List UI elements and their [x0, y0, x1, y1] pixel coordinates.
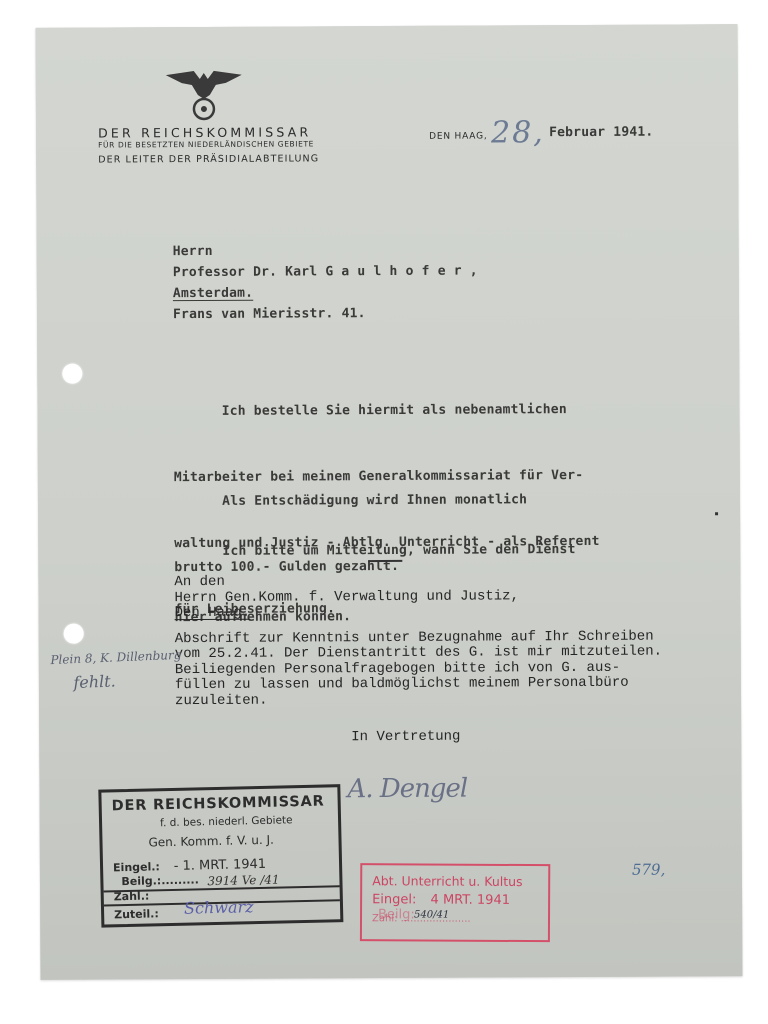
file-number-handwritten: 579,: [632, 861, 666, 879]
recipient-salutation: Herrn: [173, 240, 478, 263]
recipient-street: Frans van Mierisstr. 41.: [173, 303, 478, 326]
zuteil-value-handwritten: Schwarz: [184, 897, 254, 918]
received-stamp-black: DER REICHSKOMMISSAR f. d. bes. niederl. …: [98, 784, 343, 927]
copy-note-line: füllen zu lassen und baldmöglichst meine…: [175, 676, 662, 694]
ink-dot: [715, 512, 718, 515]
letter-page: DER REICHSKOMMISSAR FÜR DIE BESETZTEN NI…: [36, 24, 743, 980]
stamp-title: DER REICHSKOMMISSAR: [112, 794, 325, 815]
eingel-date: 4 MRT. 1941: [431, 893, 511, 908]
dateline-place: DEN HAAG,: [429, 131, 487, 141]
stamp-subtitle: f. d. bes. niederl. Gebiete: [160, 814, 293, 829]
red-stamp-zahl-value: 540/41: [414, 909, 449, 920]
letterhead-department: DER LEITER DER PRÄSIDIALABTEILUNG: [98, 153, 319, 165]
letterhead-title: DER REICHSKOMMISSAR: [98, 124, 311, 140]
dateline-month-year: Februar 1941.: [549, 125, 653, 141]
stamp-department: Gen. Komm. f. V. u. J.: [148, 833, 274, 850]
text-line: Ich bestelle Sie hiermit als nebenamtlic…: [173, 399, 599, 423]
section-divider: [368, 560, 402, 562]
copy-to-block: An den Herrn Gen.Komm. f. Verwaltung und…: [174, 573, 662, 710]
punch-hole: [62, 364, 82, 384]
recipient-name: Professor Dr. Karl G a u l h o f e r ,: [173, 261, 478, 284]
dateline-day-handwritten: 28,: [491, 115, 545, 150]
recipient-city: Amsterdam.: [173, 282, 478, 305]
letterhead-subtitle: FÜR DIE BESETZTEN NIEDERLÄNDISCHEN GEBIE…: [98, 139, 314, 149]
eingel-label: Eingel.:: [113, 860, 160, 874]
zuteil-label: Zuteil.:: [114, 907, 159, 921]
recipient-address: Herrn Professor Dr. Karl G a u l h o f e…: [173, 240, 478, 326]
eingel-date: - 1. MRT. 1941: [174, 857, 267, 874]
closing-text: In Vertretung: [351, 730, 460, 746]
eingel-label: Eingel:: [372, 892, 416, 907]
red-stamp-title: Abt. Unterricht u. Kultus: [372, 873, 522, 889]
copy-note-line: zuzuleiten.: [175, 691, 662, 709]
punch-hole: [64, 624, 84, 644]
eagle-emblem-icon: [164, 65, 244, 121]
beilg-label: Beilg.:.........: [121, 873, 199, 888]
margin-handwritten-note: Plein 8, K. Dillenburg fehlt.: [50, 643, 183, 696]
signature: A. Dengel: [347, 774, 467, 805]
received-stamp-red: Abt. Unterricht u. Kultus Eingel: 4 MRT.…: [360, 863, 550, 942]
